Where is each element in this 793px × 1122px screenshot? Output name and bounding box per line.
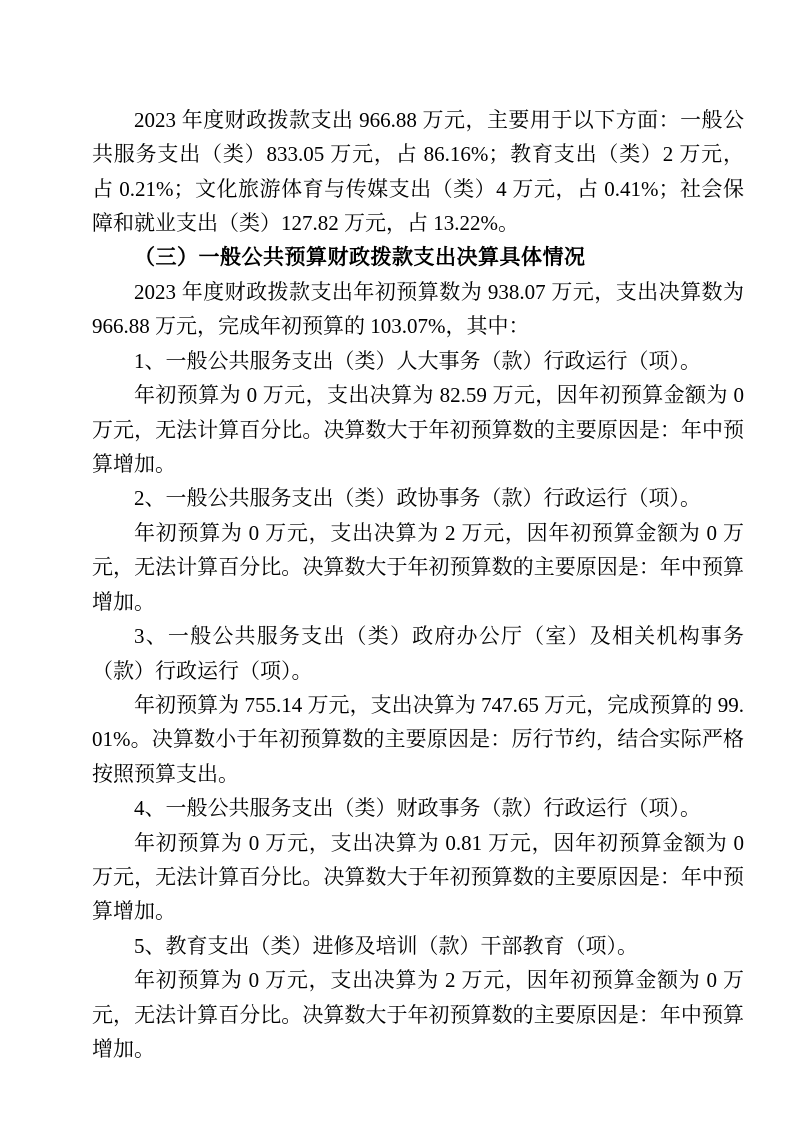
- item-3-title: 3、一般公共服务支出（类）政府办公厅（室）及相关机构事务（款）行政运行（项）。: [92, 619, 744, 688]
- item-2-title: 2、一般公共服务支出（类）政协事务（款）行政运行（项）。: [92, 481, 744, 515]
- item-1-title: 1、一般公共服务支出（类）人大事务（款）行政运行（项）。: [92, 344, 744, 378]
- item-1-detail: 年初预算为 0 万元，支出决算为 82.59 万元，因年初预算金额为 0 万元，…: [92, 378, 744, 481]
- item-4-title: 4、一般公共服务支出（类）财政事务（款）行政运行（项）。: [92, 791, 744, 825]
- item-5-title: 5、教育支出（类）进修及培训（款）干部教育（项）。: [92, 929, 744, 963]
- item-3-detail: 年初预算为 755.14 万元，支出决算为 747.65 万元，完成预算的 99…: [92, 688, 744, 791]
- item-2-detail: 年初预算为 0 万元，支出决算为 2 万元，因年初预算金额为 0 万元，无法计算…: [92, 516, 744, 619]
- item-5-detail: 年初预算为 0 万元，支出决算为 2 万元，因年初预算金额为 0 万元，无法计算…: [92, 963, 744, 1066]
- document-page: 2023 年度财政拨款支出 966.88 万元，主要用于以下方面：一般公共服务支…: [0, 0, 793, 1122]
- section-heading-budget-details: （三）一般公共预算财政拨款支出决算具体情况: [92, 241, 744, 275]
- item-4-detail: 年初预算为 0 万元，支出决算为 0.81 万元，因年初预算金额为 0 万元，无…: [92, 826, 744, 929]
- paragraph-funding-overview: 2023 年度财政拨款支出 966.88 万元，主要用于以下方面：一般公共服务支…: [92, 103, 744, 241]
- paragraph-budget-summary: 2023 年度财政拨款支出年初预算数为 938.07 万元，支出决算数为 966…: [92, 275, 744, 344]
